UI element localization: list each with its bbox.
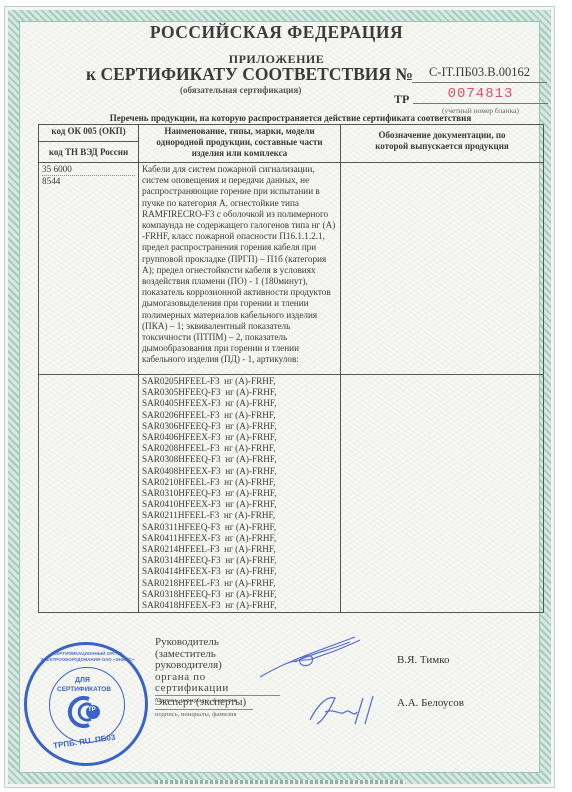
head-signature-icon <box>255 632 365 682</box>
expert-caption: подпись, инициалы, фамилия <box>155 709 253 718</box>
article-item: SAR0206HFEEL-F3 нг (А)-FRHF, <box>142 410 337 421</box>
article-item: SAR0305HFEEQ-F3 нг (А)-FRHF, <box>142 387 337 398</box>
article-item: SAR0405HFEEX-F3 нг (А)-FRHF, <box>142 398 337 409</box>
certificate-number: С-IT.ПБ03.В.00162 <box>412 65 547 83</box>
article-item: SAR0314HFEEQ-F3 нг (А)-FRHF, <box>142 555 337 566</box>
expert-name: А.А. Белоусов <box>397 697 464 709</box>
country-title: РОССИЙСКАЯ ФЕДЕРАЦИЯ <box>0 22 553 43</box>
cst-logo-icon <box>67 695 107 729</box>
head-name: В.Я. Тимко <box>397 654 450 666</box>
tnved-code: 8544 <box>42 176 135 187</box>
header-okp: код ОК 005 (ОКП) <box>39 125 139 142</box>
header-product-name: Наименование, типы, марки, модели одноро… <box>139 125 341 163</box>
documentation-cell <box>341 375 544 613</box>
table-row: SAR0205HFEEL-F3 нг (А)-FRHF, SAR0305HFEE… <box>39 375 544 613</box>
header-documentation: Обозначение документации, по которой вып… <box>341 125 544 163</box>
stamp-logo-text: ТР <box>88 707 96 713</box>
article-item: SAR0211HFEEL-F3 нг (А)-FRHF, <box>142 510 337 521</box>
tp-label: ТР <box>394 92 409 107</box>
header-documentation-text: Обозначение документации, по которой вып… <box>367 130 517 152</box>
article-item: SAR0210HFEEL-F3 нг (А)-FRHF, <box>142 477 337 488</box>
products-table: код ОК 005 (ОКП) Наименование, типы, мар… <box>38 124 544 613</box>
article-item: SAR0306HFEEQ-F3 нг (А)-FRHF, <box>142 421 337 432</box>
article-item: SAR0311HFEEQ-F3 нг (А)-FRHF, <box>142 522 337 533</box>
table-header-row: код ОК 005 (ОКП) Наименование, типы, мар… <box>39 125 544 142</box>
expert-signature-icon <box>305 690 385 730</box>
article-item: SAR0205HFEEL-F3 нг (А)-FRHF, <box>142 376 337 387</box>
article-item: SAR0418HFEEX-F3 нг (А)-FRHF, <box>142 600 337 611</box>
articles-cell: SAR0205HFEEL-F3 нг (А)-FRHF, SAR0305HFEE… <box>139 375 341 613</box>
article-item: SAR0411HFEEX-F3 нг (А)-FRHF, <box>142 533 337 544</box>
article-item: SAR0410HFEEX-F3 нг (А)-FRHF, <box>142 499 337 510</box>
microtext-strip <box>155 780 405 784</box>
documentation-cell <box>341 163 544 375</box>
article-item: SAR0310HFEEQ-F3 нг (А)-FRHF, <box>142 488 337 499</box>
article-item: SAR0408HFEEX-F3 нг (А)-FRHF, <box>142 466 337 477</box>
header-tnved: код ТН ВЭД России <box>39 142 139 163</box>
description-cell: Кабели для систем пожарной сигнализации,… <box>139 163 341 375</box>
mandatory-note: (обязательная сертификация) <box>180 85 301 95</box>
codes-cell <box>39 375 139 613</box>
article-item: SAR0318HFEEQ-F3 нг (А)-FRHF, <box>142 589 337 600</box>
okp-code: 35 6000 <box>42 164 135 176</box>
expert-label: Эксперт (эксперты) <box>155 697 253 709</box>
certificate-title: к СЕРТИФИКАТУ СООТВЕТСТВИЯ № <box>86 64 413 85</box>
certification-stamp: ДЛЯ СЕРТИФИКАТОВ ТР ТРПБ. RU. ПБ03 СЕРТИ… <box>24 642 148 766</box>
article-item: SAR0414HFEEX-F3 нг (А)-FRHF, <box>142 566 337 577</box>
article-item: SAR0308HFEEQ-F3 нг (А)-FRHF, <box>142 454 337 465</box>
stamp-top-text: ДЛЯ <box>75 677 90 684</box>
article-item: SAR0218HFEEL-F3 нг (А)-FRHF, <box>142 578 337 589</box>
blank-number: 0074813 <box>413 86 548 104</box>
table-row: 35 6000 8544 Кабели для систем пожарной … <box>39 163 544 375</box>
stamp-ring-text: СЕРТИФИКАЦИОННЫЙ ОРГАН ЭЛЕКТРООБОРУДОВАН… <box>35 651 140 663</box>
article-item: SAR0406HFEEX-F3 нг (А)-FRHF, <box>142 432 337 443</box>
article-item: SAR0208HFEEL-F3 нг (А)-FRHF, <box>142 443 337 454</box>
codes-cell: 35 6000 8544 <box>39 163 139 375</box>
stamp-middle-text: СЕРТИФИКАТОВ <box>57 686 111 693</box>
expert-signature-block: Эксперт (эксперты) подпись, инициалы, фа… <box>155 697 253 718</box>
table-title: Перечень продукции, на которую распростр… <box>38 113 543 123</box>
article-item: SAR0214HFEEL-F3 нг (А)-FRHF, <box>142 544 337 555</box>
